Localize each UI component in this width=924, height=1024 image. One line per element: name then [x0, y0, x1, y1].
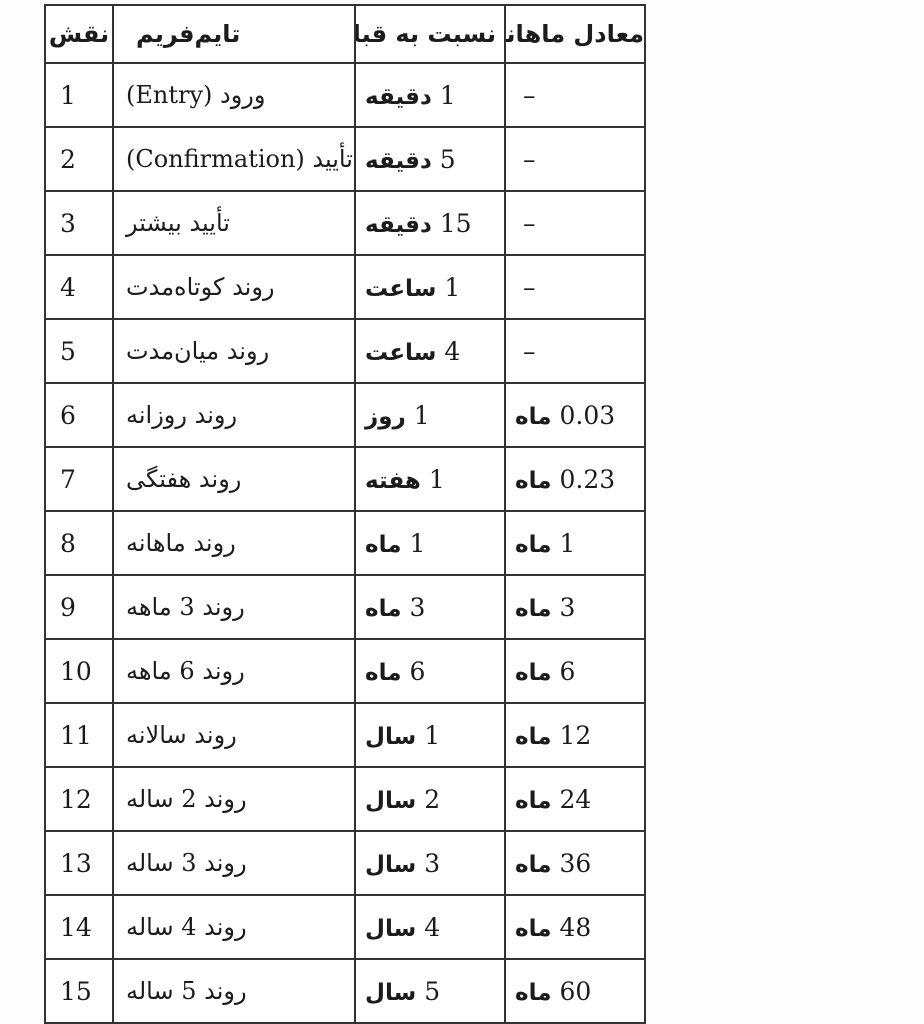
ratio-unit: ماه [365, 660, 401, 686]
ratio-unit: ساعت [365, 276, 436, 302]
ratio-unit: هفته [365, 468, 421, 494]
monthly-number: – [523, 81, 536, 110]
monthly-number: 24 [559, 785, 591, 814]
ratio-cell: 1دقیقه [355, 63, 505, 127]
ratio-unit: سال [365, 724, 416, 750]
ratio-cell: 3ماه [355, 575, 505, 639]
ratio-cell: 5سال [355, 959, 505, 1023]
ratio-number: 3 [424, 849, 440, 878]
monthly-cell: 24ماه [505, 767, 645, 831]
ratio-number: 1 [444, 273, 460, 302]
ratio-unit: سال [365, 852, 416, 878]
timeframe-cell: تأیید بیشتر [113, 191, 355, 255]
ratio-unit: ساعت [365, 340, 436, 366]
monthly-number: 36 [559, 849, 591, 878]
role-number-cell: 14 [45, 895, 113, 959]
timeframe-cell: روند هفتگی [113, 447, 355, 511]
ratio-number: 6 [409, 657, 425, 686]
ratio-cell: 5دقیقه [355, 127, 505, 191]
ratio-number: 2 [424, 785, 440, 814]
monthly-number: 60 [559, 977, 591, 1006]
role-number-cell: 12 [45, 767, 113, 831]
ratio-cell: 1ساعت [355, 255, 505, 319]
monthly-unit: ماه [515, 724, 551, 750]
timeframe-cell: روند 3 ساله [113, 831, 355, 895]
table-row: 14 روند 4 ساله 4سال 48ماه [45, 895, 645, 959]
document-page: نقش تایم‌فریم نسبت به قبلی معادل ماهانه … [0, 0, 924, 1024]
table-row: 1 ورود (Entry) 1دقیقه – [45, 63, 645, 127]
monthly-cell: 1ماه [505, 511, 645, 575]
ratio-unit: سال [365, 980, 416, 1006]
monthly-number: 1 [559, 529, 575, 558]
monthly-number: 3 [559, 593, 575, 622]
monthly-unit: ماه [515, 532, 551, 558]
monthly-number: – [523, 337, 536, 366]
monthly-cell: 0.03ماه [505, 383, 645, 447]
monthly-number: 12 [559, 721, 591, 750]
monthly-unit: ماه [515, 788, 551, 814]
monthly-cell: – [505, 191, 645, 255]
ratio-number: 1 [409, 529, 425, 558]
timeframe-cell: روند روزانه [113, 383, 355, 447]
ratio-cell: 1روز [355, 383, 505, 447]
ratio-unit: ماه [365, 596, 401, 622]
table-row: 12 روند 2 ساله 2سال 24ماه [45, 767, 645, 831]
role-number-cell: 8 [45, 511, 113, 575]
ratio-number: 4 [424, 913, 440, 942]
monthly-number: – [523, 209, 536, 238]
monthly-cell: 3ماه [505, 575, 645, 639]
role-number-cell: 5 [45, 319, 113, 383]
ratio-number: 3 [409, 593, 425, 622]
monthly-cell: 0.23ماه [505, 447, 645, 511]
monthly-unit: ماه [515, 404, 551, 430]
ratio-unit: دقیقه [365, 212, 432, 238]
ratio-number: 1 [429, 465, 445, 494]
ratio-unit: روز [365, 404, 406, 430]
table-row: 8 روند ماهانه 1ماه 1ماه [45, 511, 645, 575]
timeframe-cell: روند 5 ساله [113, 959, 355, 1023]
monthly-unit: ماه [515, 980, 551, 1006]
role-number-cell: 3 [45, 191, 113, 255]
role-number-cell: 10 [45, 639, 113, 703]
timeframe-cell: روند سالانه [113, 703, 355, 767]
monthly-cell: – [505, 319, 645, 383]
table-row: 15 روند 5 ساله 5سال 60ماه [45, 959, 645, 1023]
column-header-timeframe: تایم‌فریم [113, 5, 355, 63]
ratio-cell: 1هفته [355, 447, 505, 511]
role-number-cell: 1 [45, 63, 113, 127]
monthly-unit: ماه [515, 916, 551, 942]
ratio-cell: 3سال [355, 831, 505, 895]
monthly-number: 0.03 [559, 401, 615, 430]
monthly-unit: ماه [515, 596, 551, 622]
table-row: 7 روند هفتگی 1هفته 0.23ماه [45, 447, 645, 511]
ratio-cell: 15دقیقه [355, 191, 505, 255]
ratio-number: 1 [440, 81, 456, 110]
ratio-cell: 1ماه [355, 511, 505, 575]
timeframe-cell: تأیید (Confirmation) [113, 127, 355, 191]
role-number-cell: 4 [45, 255, 113, 319]
timeframe-cell: روند 4 ساله [113, 895, 355, 959]
ratio-cell: 2سال [355, 767, 505, 831]
monthly-number: 48 [559, 913, 591, 942]
header-row: نقش تایم‌فریم نسبت به قبلی معادل ماهانه [45, 5, 645, 63]
ratio-number: 1 [424, 721, 440, 750]
table-row: 6 روند روزانه 1روز 0.03ماه [45, 383, 645, 447]
ratio-unit: سال [365, 788, 416, 814]
role-number-cell: 7 [45, 447, 113, 511]
table-row: 13 روند 3 ساله 3سال 36ماه [45, 831, 645, 895]
ratio-unit: سال [365, 916, 416, 942]
monthly-cell: – [505, 63, 645, 127]
column-header-ratio: نسبت به قبلی [355, 5, 505, 63]
ratio-number: 4 [444, 337, 460, 366]
table-row: 3 تأیید بیشتر 15دقیقه – [45, 191, 645, 255]
ratio-number: 15 [440, 209, 472, 238]
ratio-number: 5 [424, 977, 440, 1006]
monthly-cell: 36ماه [505, 831, 645, 895]
monthly-cell: 6ماه [505, 639, 645, 703]
ratio-unit: دقیقه [365, 84, 432, 110]
table-row: 5 روند میان‌مدت 4ساعت – [45, 319, 645, 383]
monthly-cell: 12ماه [505, 703, 645, 767]
ratio-cell: 1سال [355, 703, 505, 767]
ratio-cell: 4سال [355, 895, 505, 959]
timeframe-cell: روند ماهانه [113, 511, 355, 575]
monthly-number: – [523, 145, 536, 174]
timeframe-cell: ورود (Entry) [113, 63, 355, 127]
monthly-cell: – [505, 255, 645, 319]
table-body: 1 ورود (Entry) 1دقیقه – 2 تأیید (Confirm… [45, 63, 645, 1023]
timeframe-table: نقش تایم‌فریم نسبت به قبلی معادل ماهانه … [44, 4, 646, 1024]
ratio-unit: دقیقه [365, 148, 432, 174]
table-row: 11 روند سالانه 1سال 12ماه [45, 703, 645, 767]
ratio-cell: 4ساعت [355, 319, 505, 383]
ratio-number: 5 [440, 145, 456, 174]
timeframe-cell: روند میان‌مدت [113, 319, 355, 383]
column-header-role: نقش [45, 5, 113, 63]
monthly-number: 6 [559, 657, 575, 686]
monthly-number: – [523, 273, 536, 302]
role-number-cell: 2 [45, 127, 113, 191]
monthly-unit: ماه [515, 852, 551, 878]
timeframe-cell: روند 6 ماهه [113, 639, 355, 703]
monthly-unit: ماه [515, 660, 551, 686]
timeframe-cell: روند کوتاه‌مدت [113, 255, 355, 319]
role-number-cell: 6 [45, 383, 113, 447]
ratio-cell: 6ماه [355, 639, 505, 703]
monthly-cell: 48ماه [505, 895, 645, 959]
role-number-cell: 11 [45, 703, 113, 767]
ratio-number: 1 [414, 401, 430, 430]
timeframe-cell: روند 3 ماهه [113, 575, 355, 639]
ratio-unit: ماه [365, 532, 401, 558]
monthly-number: 0.23 [559, 465, 615, 494]
role-number-cell: 9 [45, 575, 113, 639]
monthly-unit: ماه [515, 468, 551, 494]
table-row: 9 روند 3 ماهه 3ماه 3ماه [45, 575, 645, 639]
role-number-cell: 13 [45, 831, 113, 895]
role-number-cell: 15 [45, 959, 113, 1023]
monthly-cell: – [505, 127, 645, 191]
table-row: 4 روند کوتاه‌مدت 1ساعت – [45, 255, 645, 319]
table-row: 10 روند 6 ماهه 6ماه 6ماه [45, 639, 645, 703]
column-header-monthly: معادل ماهانه [505, 5, 645, 63]
monthly-cell: 60ماه [505, 959, 645, 1023]
timeframe-cell: روند 2 ساله [113, 767, 355, 831]
table-row: 2 تأیید (Confirmation) 5دقیقه – [45, 127, 645, 191]
